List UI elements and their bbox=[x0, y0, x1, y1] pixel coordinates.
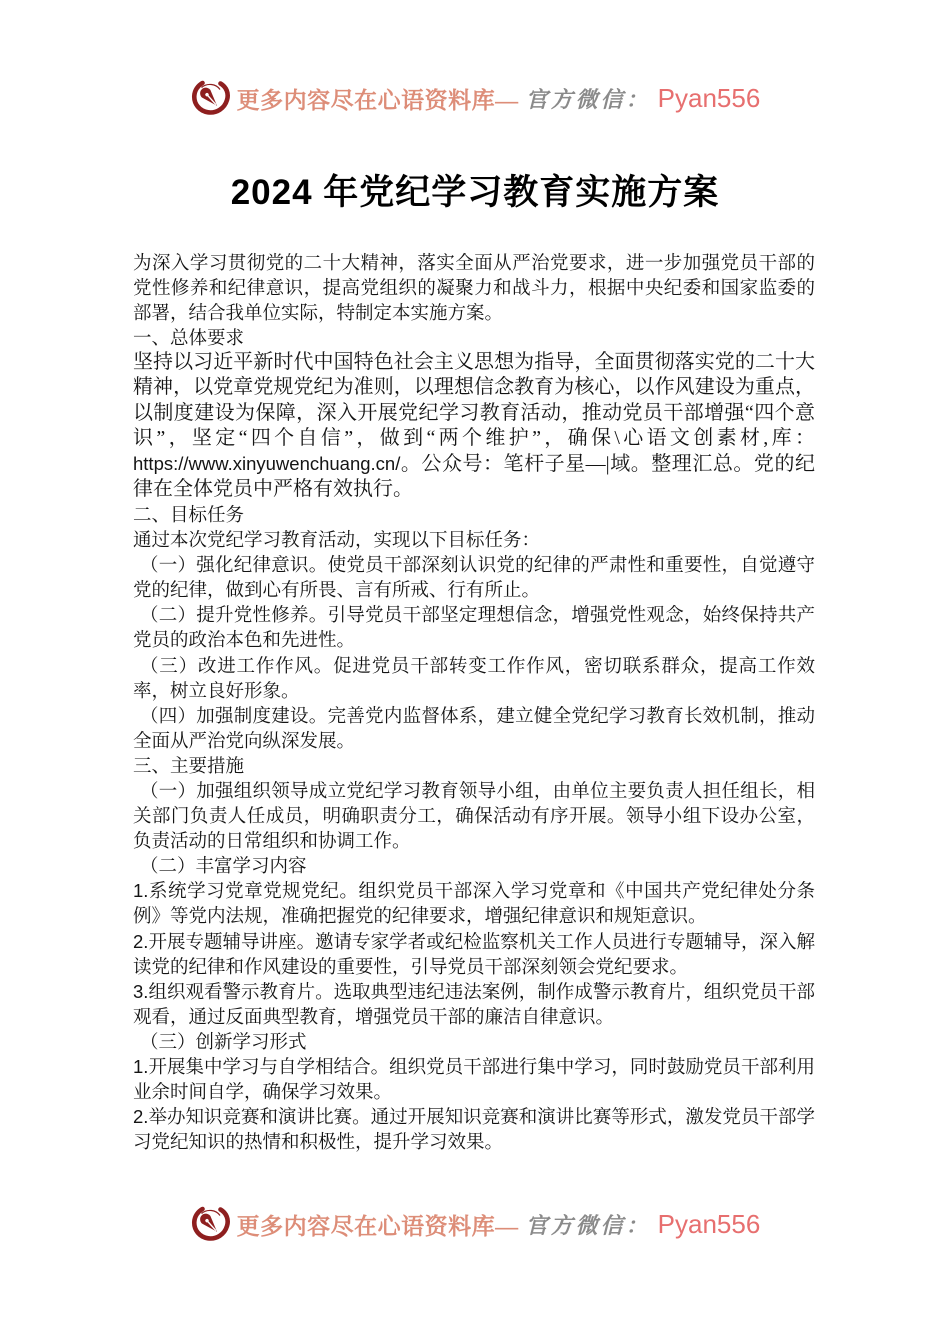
paragraph-measure-2-title: （二）丰富学习内容 bbox=[133, 853, 815, 878]
pen-logo-icon bbox=[190, 76, 230, 120]
brand-text: 更多内容尽在心语资料库— bbox=[237, 82, 519, 115]
footer-watermark: 更多内容尽在心语资料库— 官方微信： Pyan556 bbox=[0, 1202, 950, 1246]
paragraph-content-item-2: 2.开展专题辅导讲座。邀请专家学者或纪检监察机关工作人员进行专题辅导，深入解读党… bbox=[133, 929, 815, 979]
section-heading-3: 三、主要措施 bbox=[133, 753, 815, 778]
paragraph-form-item-2: 2.举办知识竞赛和演讲比赛。通过开展知识竞赛和演讲比赛等形式，激发党员干部学习党… bbox=[133, 1104, 815, 1154]
document-page: 更多内容尽在心语资料库— 官方微信： Pyan556 2024 年党纪学习教育实… bbox=[0, 0, 950, 1344]
paragraph-goal-4: （四）加强制度建设。完善党内监督体系，建立健全党纪学习教育长效机制，推动全面从严… bbox=[133, 703, 815, 753]
document-title: 2024 年党纪学习教育实施方案 bbox=[0, 165, 950, 215]
wechat-label: 官方微信： bbox=[526, 1209, 651, 1240]
section-heading-2: 二、目标任务 bbox=[133, 502, 815, 527]
brand-text: 更多内容尽在心语资料库— bbox=[237, 1208, 519, 1241]
wechat-id: Pyan556 bbox=[658, 83, 761, 114]
wechat-id: Pyan556 bbox=[658, 1209, 761, 1240]
paragraph-goal-2: （二）提升党性修养。引导党员干部坚定理想信念，增强党性观念，始终保持共产党员的政… bbox=[133, 602, 815, 652]
paragraph-text-before-url: 坚持以习近平新时代中国特色社会主义思想为指导，全面贯彻落实党的二十大精神，以党章… bbox=[133, 351, 815, 448]
wechat-label: 官方微信： bbox=[526, 83, 651, 114]
paragraph-goal-1: （一）强化纪律意识。使党员干部深刻认识党的纪律的严肃性和重要性，自觉遵守党的纪律… bbox=[133, 552, 815, 602]
paragraph-intro: 为深入学习贯彻党的二十大精神，落实全面从严治党要求，进一步加强党员干部的党性修养… bbox=[133, 250, 815, 325]
paragraph-measure-1: （一）加强组织领导成立党纪学习教育领导小组，由单位主要负责人担任组长，相关部门负… bbox=[133, 778, 815, 853]
pen-logo-icon bbox=[190, 1202, 230, 1246]
document-body: 为深入学习贯彻党的二十大精神，落实全面从严治党要求，进一步加强党员干部的党性修养… bbox=[133, 250, 815, 1154]
paragraph-goals-lead: 通过本次党纪学习教育活动，实现以下目标任务： bbox=[133, 527, 815, 552]
paragraph-overall-requirements: 坚持以习近平新时代中国特色社会主义思想为指导，全面贯彻落实党的二十大精神，以党章… bbox=[133, 350, 815, 502]
paragraph-content-item-1: 1.系统学习党章党规党纪。组织党员干部深入学习党章和《中国共产党纪律处分条例》等… bbox=[133, 878, 815, 928]
paragraph-goal-3: （三）改进工作作风。促进党员干部转变工作作风，密切联系群众，提高工作效率，树立良… bbox=[133, 653, 815, 703]
paragraph-form-item-1: 1.开展集中学习与自学相结合。组织党员干部进行集中学习，同时鼓励党员干部利用业余… bbox=[133, 1054, 815, 1104]
paragraph-content-item-3: 3.组织观看警示教育片。选取典型违纪违法案例，制作成警示教育片，组织党员干部观看… bbox=[133, 979, 815, 1029]
paragraph-measure-3-title: （三）创新学习形式 bbox=[133, 1029, 815, 1054]
material-url-text: https://www.xinyuwenchuang.cn/ bbox=[133, 453, 400, 474]
header-watermark: 更多内容尽在心语资料库— 官方微信： Pyan556 bbox=[0, 76, 950, 120]
section-heading-1: 一、总体要求 bbox=[133, 325, 815, 350]
